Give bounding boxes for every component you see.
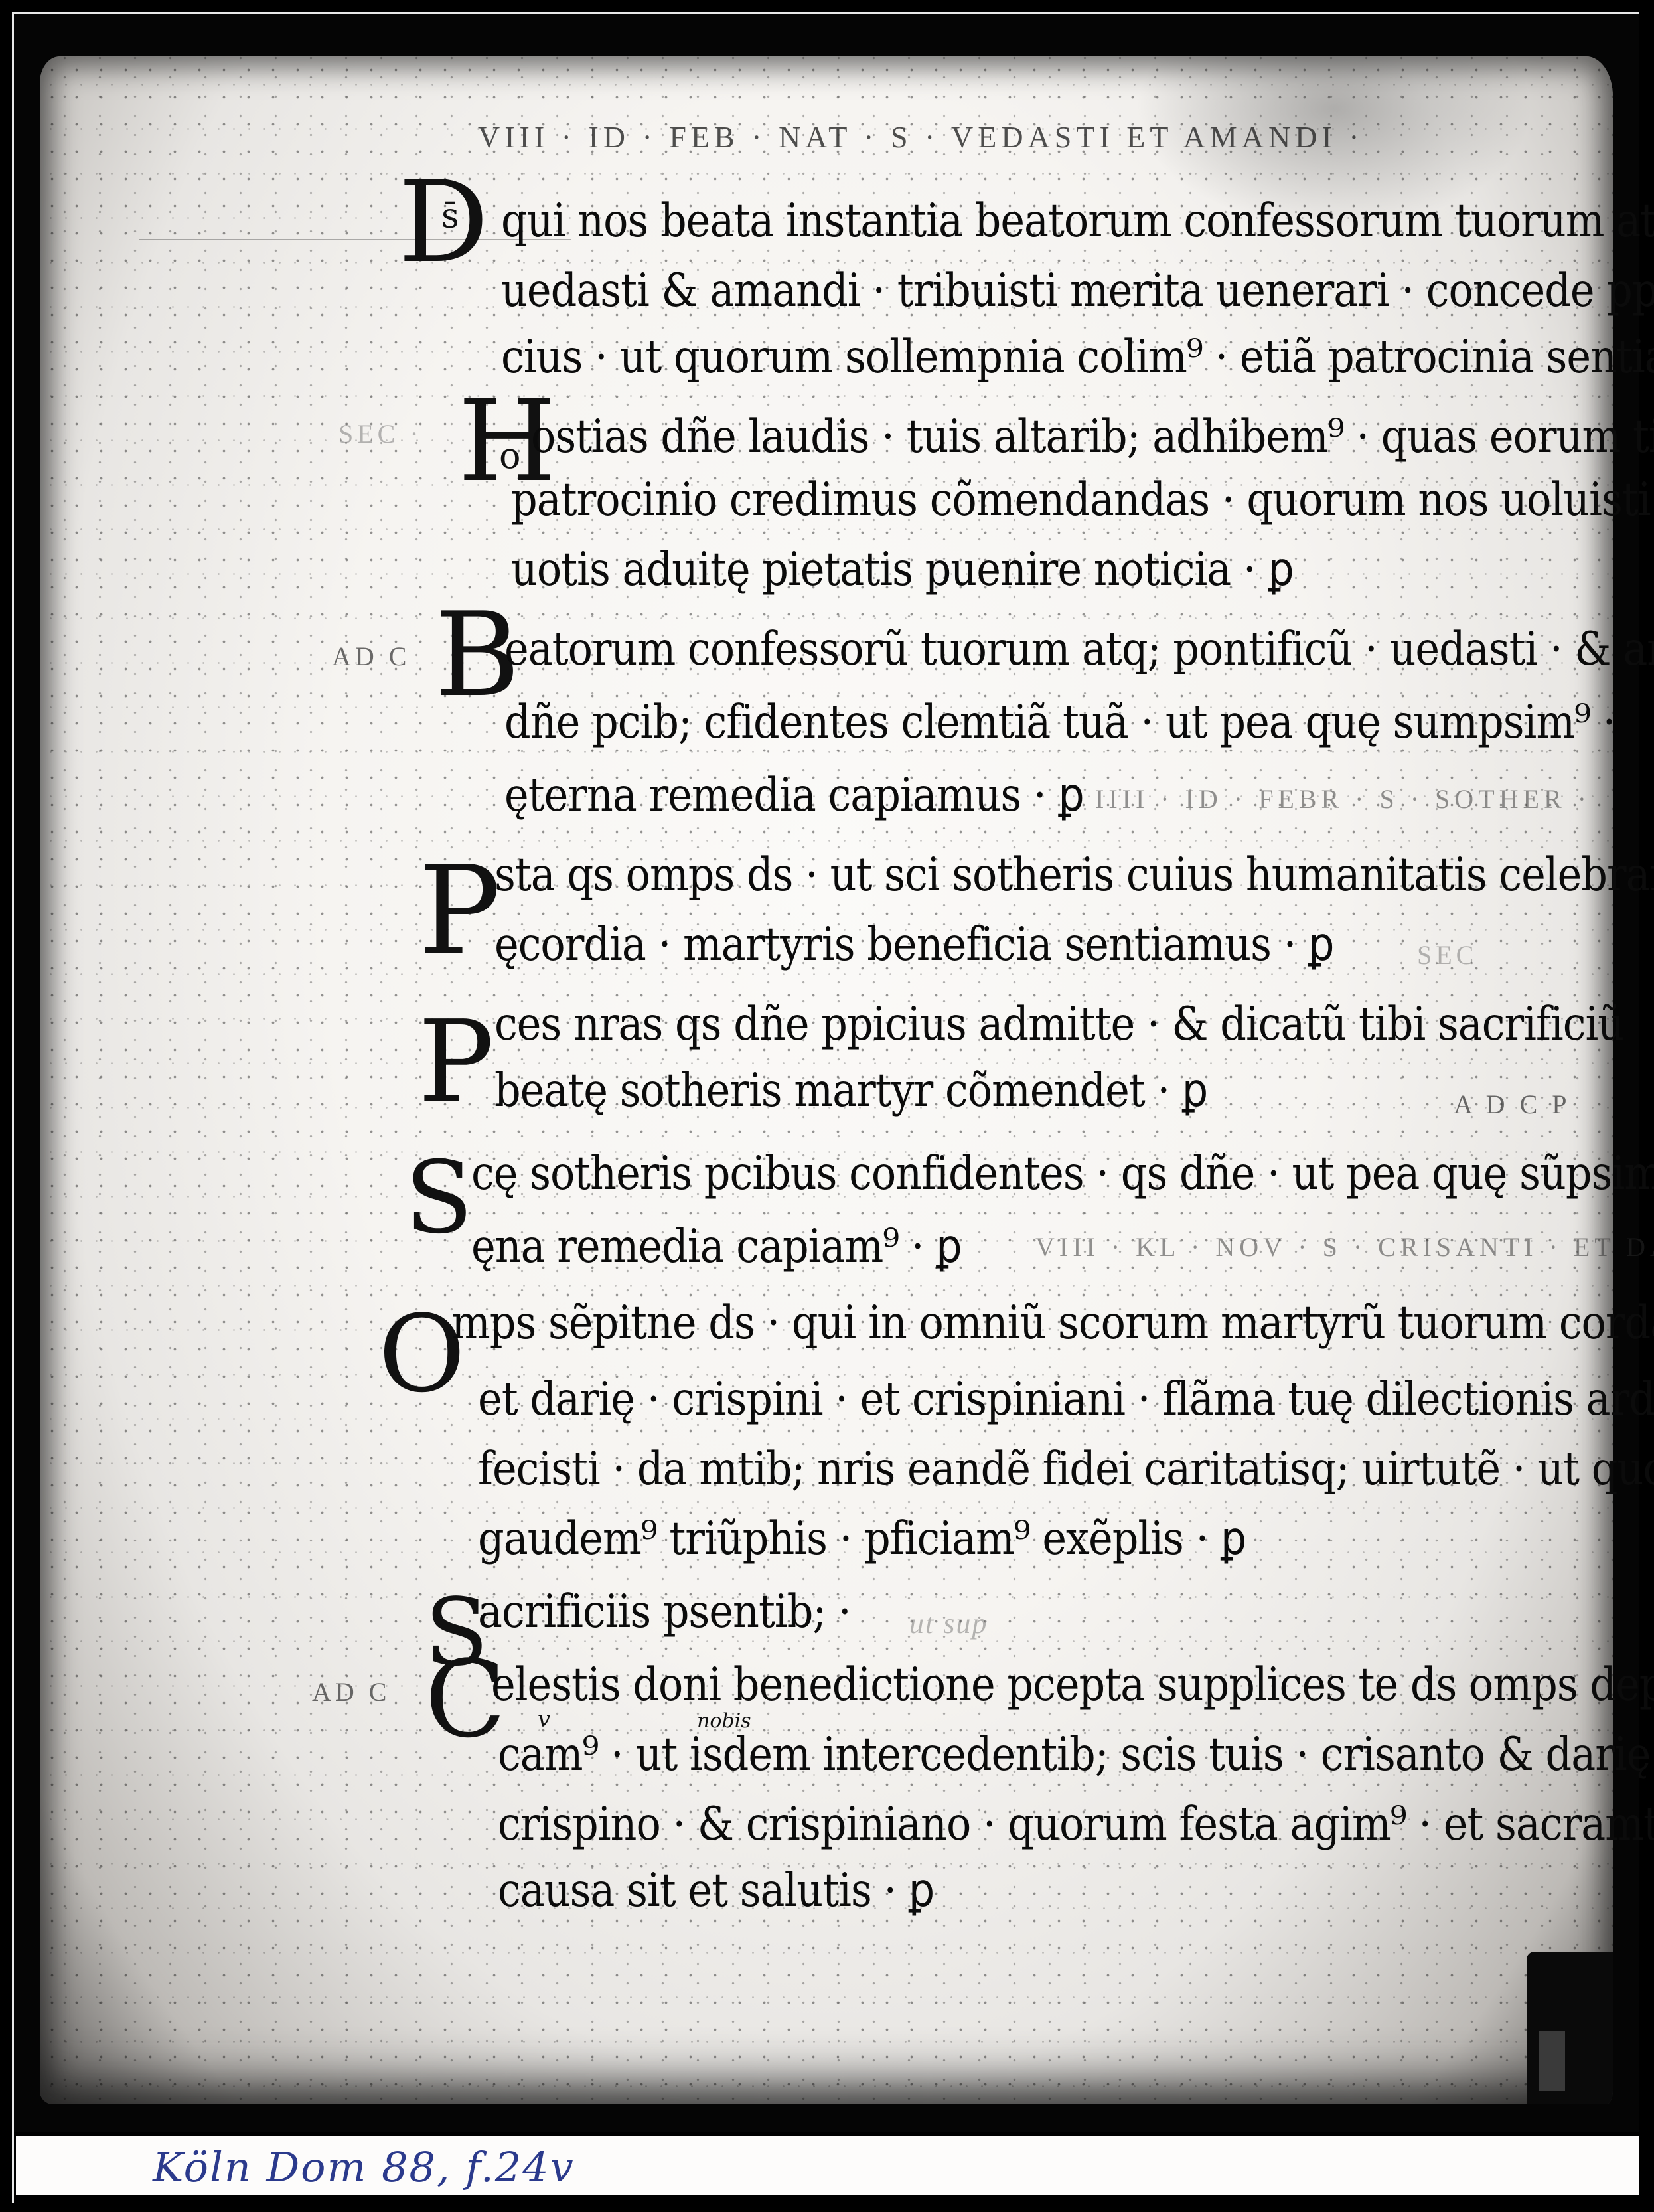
annotation-ut-supra: ut sup — [909, 1607, 988, 1640]
text-line-2: uedasti & amandi · tribuisti merita uene… — [501, 263, 1654, 317]
text-line-13: beatę sotheris martyr cõmendet · ꝑ — [494, 1063, 1207, 1117]
text-line-8: dñe pcib; cfidentes clemtiã tuã · ut pea… — [504, 694, 1615, 749]
text-line-19: gaudem⁹ triũphis · pficiam⁹ exẽplis · ꝑ — [478, 1511, 1246, 1565]
page-corner-tab-inner — [1539, 2031, 1565, 2091]
text-line-1: qui nos beata instantia beatorum confess… — [501, 193, 1654, 248]
text-line-9: ęterna remedia capiamus · ꝑ — [504, 767, 1084, 822]
text-line-4: ostias dñe laudis · tuis altarib; adhibe… — [531, 409, 1654, 463]
text-line-6: uotis aduitę pietatis puenire noticia · … — [511, 542, 1294, 596]
page-corner-tab — [1527, 1952, 1613, 2104]
text-line-20: acrificiis psentib; · — [478, 1584, 851, 1638]
text-line-11: ęcordia · martyris beneficia sentiamus ·… — [494, 917, 1333, 971]
text-line-21: elestis doni benedictione pcepta supplic… — [491, 1657, 1654, 1711]
text-line-14: cę sotheris pcibus confidentes · qs dñe … — [471, 1146, 1654, 1200]
margin-label-ad-complendum-2: AD C — [312, 1676, 390, 1707]
text-line-18: fecisti · da mtib; nris eandẽ fidei cari… — [478, 1441, 1654, 1496]
margin-label-ad-complendum: AD C — [332, 641, 410, 672]
initial-s-sancti: S — [405, 1148, 473, 1248]
rubric-sother: IIII · ID · FEBR · S · SOTHER · — [1095, 783, 1591, 815]
rubric-crisanti-darie: VIII · KL · NOV · S · CRISANTI · ET DAR — [1035, 1231, 1654, 1263]
margin-label-secreta: SEC · — [338, 418, 423, 449]
text-line-7: eatorum confessorũ tuorum atq; pontificũ… — [504, 621, 1654, 676]
text-line-16: mps sẽpitne ds · qui in omniũ scorum mar… — [451, 1295, 1654, 1350]
text-line-10: sta qs omps ds · ut sci sotheris cuius h… — [494, 847, 1654, 902]
rubric-vedast-amand: VIII · ID · FEB · NAT · S · VEDASTI ET A… — [478, 119, 1364, 155]
text-line-5: patrocinio credimus cõmendandas · quorum… — [511, 472, 1654, 526]
text-line-17: et darię · crispini · et crispiniani · f… — [478, 1372, 1654, 1426]
text-line-23: crispino · & crispiniano · quorum festa … — [498, 1796, 1654, 1851]
text-line-3: cius · ut quorum sollempnia colim⁹ · eti… — [501, 329, 1654, 384]
text-line-24: causa sit et salutis · ꝑ — [498, 1863, 934, 1917]
initial-h-inner: o — [499, 438, 521, 474]
text-line-12: ces nras qs dñe ppicius admitte · & dica… — [494, 996, 1623, 1051]
text-line-15: ęna remedia capiam⁹ · ꝑ — [471, 1219, 962, 1273]
margin-label-secreta-right: SEC — [1417, 939, 1477, 971]
margin-label-ad-complendum-right: A D C P — [1454, 1089, 1571, 1120]
initial-p-presta: P — [418, 850, 500, 973]
shelfmark-caption: Köln Dom 88, f.24v — [153, 2143, 575, 2191]
text-line-22: cam⁹ · ut isdem intercedentib; scis tuis… — [498, 1727, 1650, 1781]
initial-d-inner: s̄ — [441, 199, 459, 234]
initial-p-preces: P — [418, 1006, 494, 1119]
